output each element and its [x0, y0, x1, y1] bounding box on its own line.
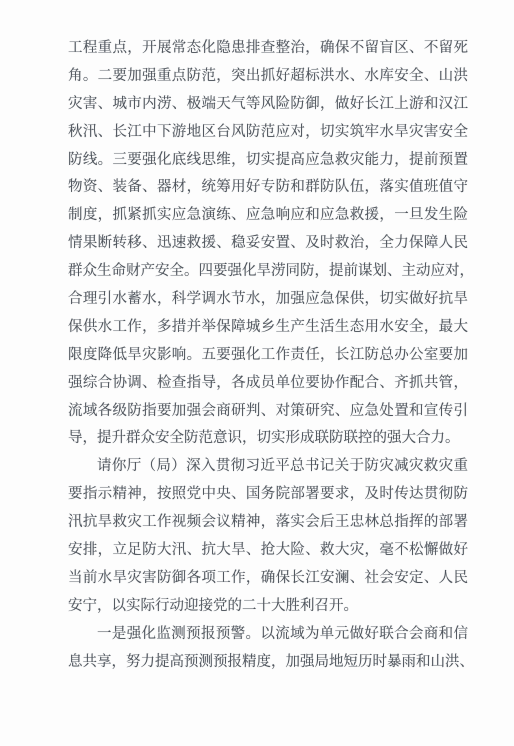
text-line: 安排，立足防大汛、抗大旱、抢大险、救大灾，毫不松懈做好 — [68, 537, 468, 565]
document-page: 工程重点，开展常态化隐患排查整治，确保不留盲区、不留死 角。二要加强重点防范，突… — [0, 0, 514, 746]
document-text-block: 工程重点，开展常态化隐患排查整治，确保不留盲区、不留死 角。二要加强重点防范，突… — [68, 35, 468, 676]
text-line: 流域各级防指要加强会商研判、对策研究、应急处置和宣传引 — [68, 398, 468, 426]
text-line: 防线。三要强化底线思维，切实提高应急救灾能力，提前预置 — [68, 147, 468, 175]
text-line: 导，提升群众安全防范意识，切实形成联防联控的强大合力。 — [68, 425, 468, 453]
text-line: 保供水工作，多措并举保障城乡生产生活生态用水安全，最大 — [68, 314, 468, 342]
text-line: 息共享，努力提高预测预报精度，加强局地短历时暴雨和山洪、 — [68, 649, 468, 677]
text-line: 安宁，以实际行动迎接党的二十大胜利召开。 — [68, 593, 468, 621]
text-line: 当前水旱灾害防御各项工作，确保长江安澜、社会安定、人民 — [68, 565, 468, 593]
text-line: 群众生命财产安全。四要强化旱涝同防，提前谋划、主动应对， — [68, 258, 468, 286]
text-line: 制度，抓紧抓实应急演练、应急响应和应急救援，一旦发生险 — [68, 202, 468, 230]
text-line: 工程重点，开展常态化隐患排查整治，确保不留盲区、不留死 — [68, 35, 468, 63]
text-line: 物资、装备、器材，统筹用好专防和群防队伍，落实值班值守 — [68, 174, 468, 202]
text-line: 请你厅（局）深入贯彻习近平总书记关于防灾减灾救灾重 — [68, 453, 468, 481]
text-line: 灾害、城市内涝、极端天气等风险防御，做好长江上游和汉江 — [68, 91, 468, 119]
text-line: 限度降低旱灾影响。五要强化工作责任，长江防总办公室要加 — [68, 342, 468, 370]
text-line: 汛抗旱救灾工作视频会议精神，落实会后王忠林总指挥的部署 — [68, 509, 468, 537]
text-line: 强综合协调、检查指导，各成员单位要协作配合、齐抓共管， — [68, 370, 468, 398]
text-line: 情果断转移、迅速救援、稳妥安置、及时救治，全力保障人民 — [68, 230, 468, 258]
text-line: 秋汛、长江中下游地区台风防范应对，切实筑牢水旱灾害安全 — [68, 119, 468, 147]
text-line: 合理引水蓄水，科学调水节水，加强应急保供，切实做好抗旱 — [68, 286, 468, 314]
text-line: 一是强化监测预报预警。以流域为单元做好联合会商和信 — [68, 621, 468, 649]
text-line: 角。二要加强重点防范，突出抓好超标洪水、水库安全、山洪 — [68, 63, 468, 91]
text-line: 要指示精神，按照党中央、国务院部署要求，及时传达贯彻防 — [68, 481, 468, 509]
